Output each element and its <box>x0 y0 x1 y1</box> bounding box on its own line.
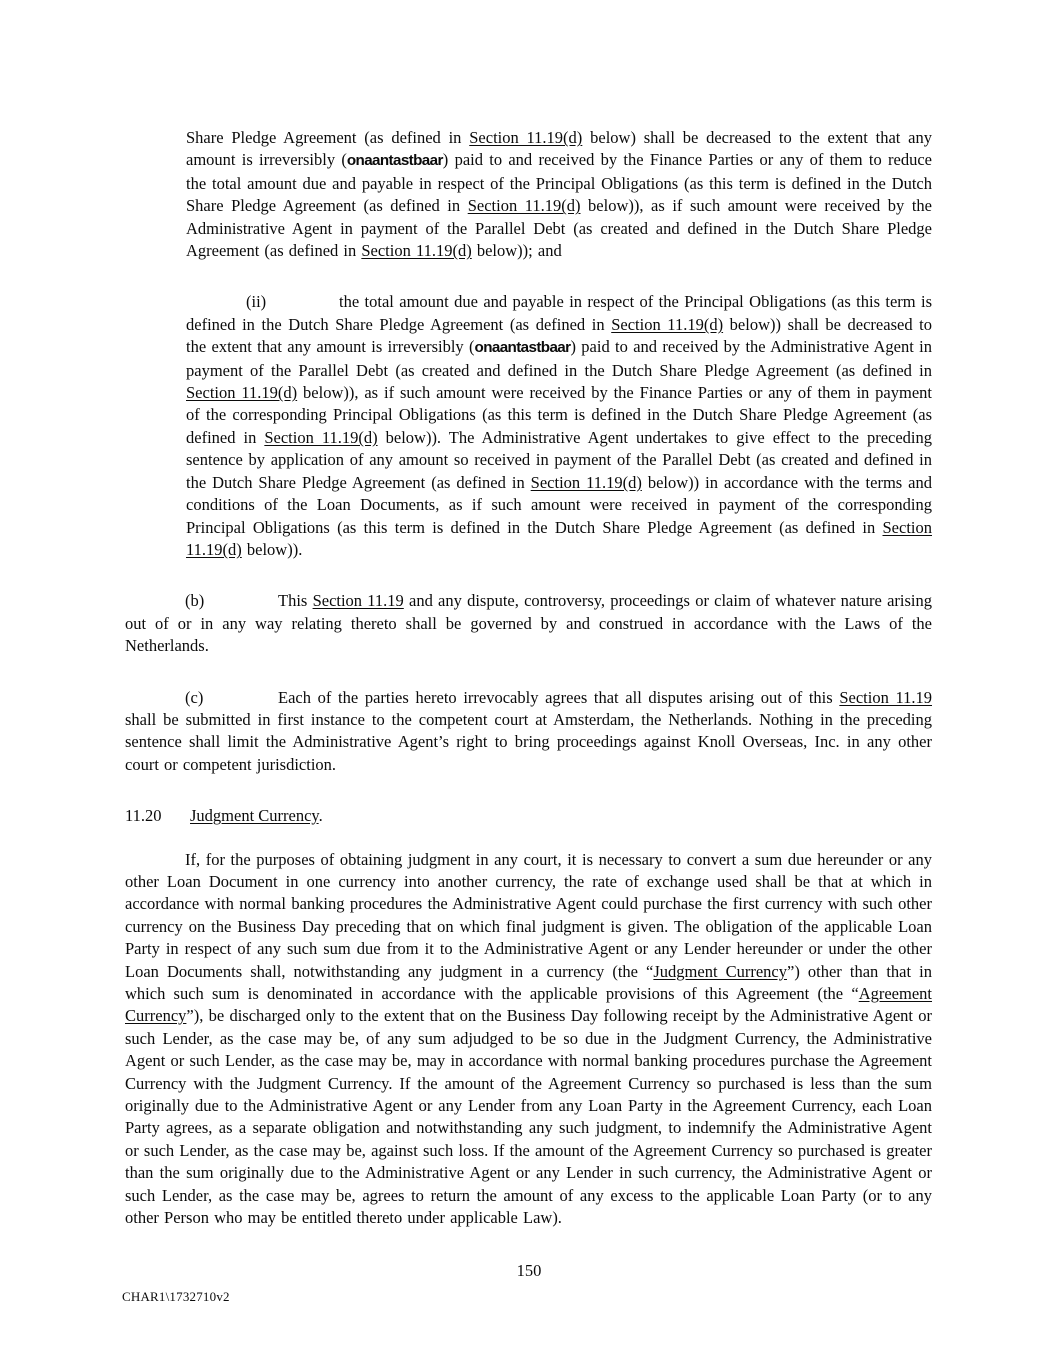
text-run: This <box>278 591 313 610</box>
text-run: Share Pledge Agreement (as defined in <box>186 128 469 147</box>
underlined-reference: Section 11.19(d) <box>361 241 471 260</box>
underlined-reference: Judgment Currency <box>653 962 787 981</box>
text-run: shall be submitted in first instance to … <box>125 710 932 774</box>
text-run: below)); and <box>472 241 562 260</box>
paragraph-ii-parallel-debt: (ii)the total amount due and payable in … <box>186 291 932 561</box>
underlined-reference: Section 11.19(d) <box>468 196 581 215</box>
underlined-reference: Section 11.19(d) <box>531 473 642 492</box>
underlined-reference: Section 11.19(d) <box>469 128 582 147</box>
underlined-reference: Section 11.19 <box>313 591 404 610</box>
paragraph-c-jurisdiction: (c)Each of the parties hereto irrevocabl… <box>125 687 932 777</box>
paragraph-share-pledge-continuation: Share Pledge Agreement (as defined in Se… <box>186 127 932 262</box>
text-run: ”), be discharged only to the extent tha… <box>125 1006 932 1227</box>
underlined-reference: Section 11.19(d) <box>264 428 377 447</box>
foreign-term: onaantastbaar <box>475 339 571 356</box>
document-page: Share Pledge Agreement (as defined in Se… <box>0 0 1055 1365</box>
list-label: (c) <box>185 687 278 709</box>
paragraph-judgment-currency: If, for the purposes of obtaining judgme… <box>125 849 932 1230</box>
underlined-reference: Section 11.19(d) <box>611 315 723 334</box>
list-label: (ii) <box>246 291 339 313</box>
text-run: below)). <box>242 540 303 559</box>
section-number: 11.20 <box>125 805 190 827</box>
section-title: Judgment Currency <box>190 806 319 825</box>
text-run: Each of the parties hereto irrevocably a… <box>278 688 839 707</box>
page-number: 150 <box>125 1261 933 1281</box>
paragraph-b-governing-law: (b)This Section 11.19 and any dispute, c… <box>125 590 932 657</box>
document-id-stamp: CHAR1\1732710v2 <box>122 1289 230 1305</box>
underlined-reference: Section 11.19 <box>839 688 932 707</box>
section-11-20-heading: 11.20Judgment Currency. <box>125 805 932 827</box>
document-content: Share Pledge Agreement (as defined in Se… <box>125 127 932 1229</box>
foreign-term: onaantastbaar <box>347 152 443 169</box>
underlined-reference: Section 11.19(d) <box>186 383 297 402</box>
list-label: (b) <box>185 590 278 612</box>
section-title-period: . <box>319 806 323 825</box>
